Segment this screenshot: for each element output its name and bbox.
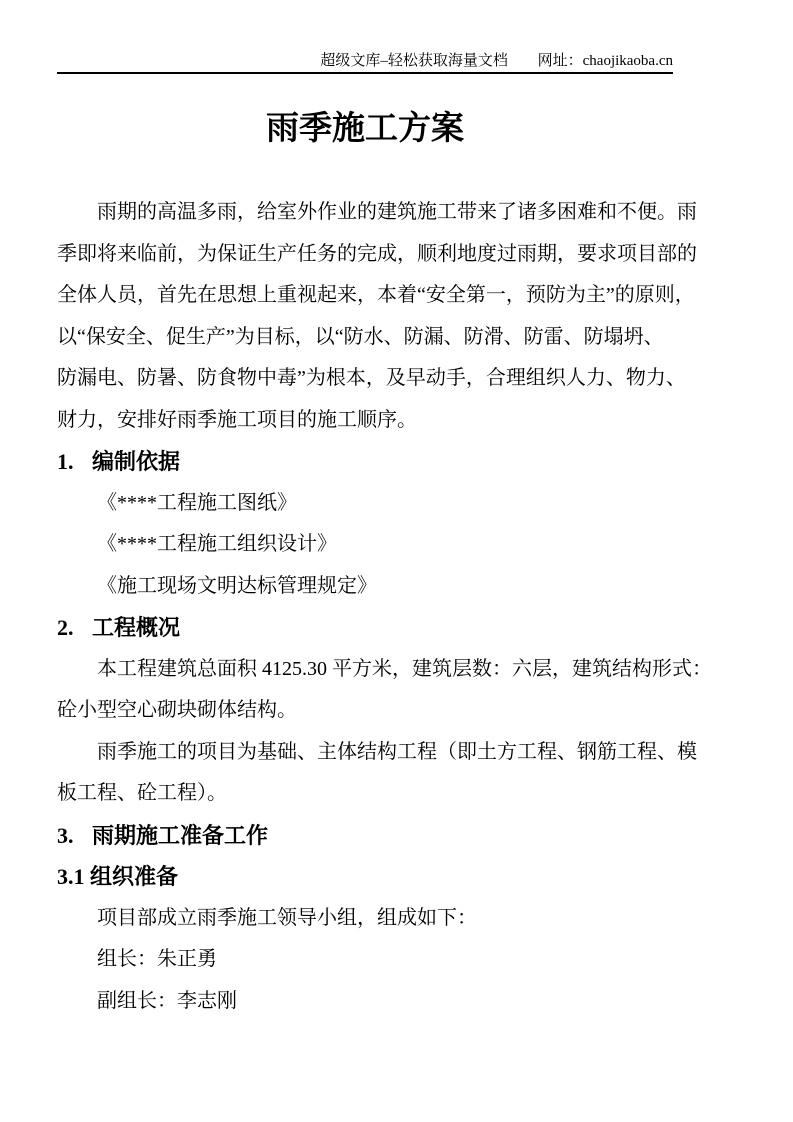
- document-page: 超级文库–轻松获取海量文档 网址：chaojikaoba.cn 雨季施工方案 雨…: [0, 0, 793, 1122]
- section-3-number: 3.: [57, 815, 92, 857]
- scope-line: 雨季施工的项目为基础、主体结构工程（即土方工程、钢筋工程、模: [57, 732, 673, 774]
- section-2-heading: 2.工程概况: [57, 607, 673, 649]
- reference-item: 《****工程施工图纸》: [57, 483, 673, 525]
- scope-line: 板工程、砼工程）。: [57, 773, 673, 815]
- section-1-title: 编制依据: [92, 449, 180, 474]
- section-1-number: 1.: [57, 441, 92, 483]
- team-deputy-line: 副组长：李志刚: [57, 981, 673, 1023]
- section-3-heading: 3.雨期施工准备工作: [57, 815, 673, 857]
- header-rule: [57, 72, 673, 74]
- overview-line: 砼小型空心砌块砌体结构。: [57, 690, 673, 732]
- reference-item: 《施工现场文明达标管理规定》: [57, 566, 673, 608]
- page-header: 超级文库–轻松获取海量文档 网址：chaojikaoba.cn: [57, 0, 673, 72]
- intro-line: 以“保安全、促生产”为目标，以“防水、防漏、防滑、防雷、防塌坍、: [57, 317, 673, 359]
- document-title: 雨季施工方案: [57, 107, 673, 148]
- intro-line: 全体人员，首先在思想上重视起来，本着“安全第一，预防为主”的原则，: [57, 275, 673, 317]
- intro-line: 防漏电、防暑、防食物中毒”为根本，及早动手，合理组织人力、物力、: [57, 358, 673, 400]
- reference-item: 《****工程施工组织设计》: [57, 524, 673, 566]
- section-3-title: 雨期施工准备工作: [92, 823, 268, 848]
- team-intro-line: 项目部成立雨季施工领导小组，组成如下：: [57, 898, 673, 940]
- intro-line: 雨期的高温多雨，给室外作业的建筑施工带来了诸多困难和不便。雨: [57, 192, 673, 234]
- header-site-text: 超级文库–轻松获取海量文档: [320, 53, 508, 69]
- overview-line: 本工程建筑总面积 4125.30 平方米，建筑层数：六层，建筑结构形式：: [57, 649, 673, 691]
- section-2-number: 2.: [57, 607, 92, 649]
- text-column: 超级文库–轻松获取海量文档 网址：chaojikaoba.cn 雨季施工方案 雨…: [57, 0, 673, 1022]
- section-3-1-heading: 3.1 组织准备: [57, 856, 673, 898]
- intro-line: 季即将来临前，为保证生产任务的完成，顺利地度过雨期，要求项目部的: [57, 234, 673, 276]
- section-2-title: 工程概况: [92, 615, 180, 640]
- team-leader-line: 组长：朱正勇: [57, 939, 673, 981]
- section-1-heading: 1.编制依据: [57, 441, 673, 483]
- header-url-text: 网址：chaojikaoba.cn: [538, 53, 673, 69]
- document-body: 雨期的高温多雨，给室外作业的建筑施工带来了诸多困难和不便。雨 季即将来临前，为保…: [57, 192, 673, 1022]
- intro-line: 财力，安排好雨季施工项目的施工顺序。: [57, 400, 673, 442]
